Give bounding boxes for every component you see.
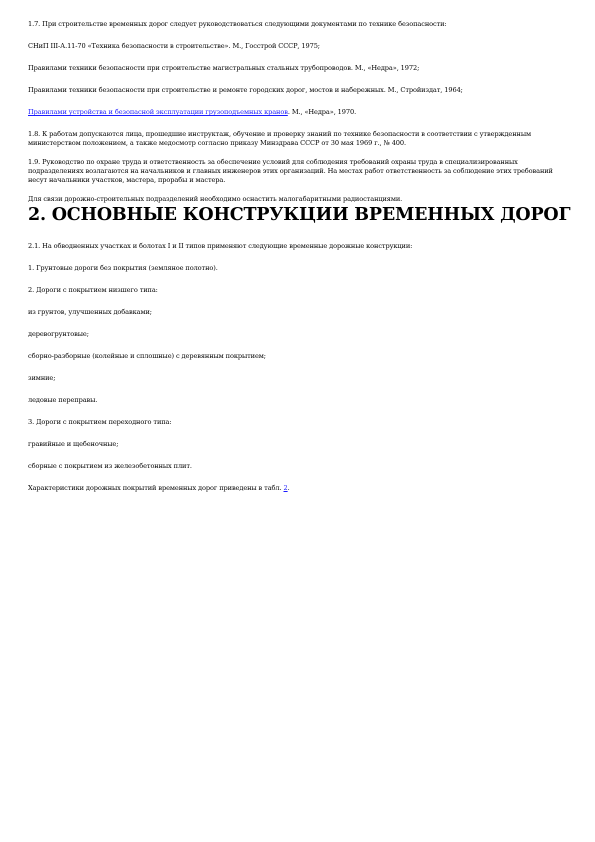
paragraph-1-9: 1.9. Руководство по охране труда и ответ… [28, 158, 573, 185]
list-item: сборно-разборные (колейные и сплошные) с… [28, 352, 573, 361]
list-item: 1. Грунтовые дороги без покрытия (землян… [28, 264, 573, 273]
reference-cranes: Правилами устройства и безопасной эксплу… [28, 108, 573, 117]
paragraph-radio: Для связи дорожно-строительных подраздел… [28, 195, 573, 204]
table-ref-text: Характеристики дорожных покрытий временн… [28, 484, 284, 492]
paragraph-1-7: 1.7. При строительстве временных дорог с… [28, 20, 573, 29]
list-item: зимние; [28, 374, 573, 383]
cranes-rules-link[interactable]: Правилами устройства и безопасной эксплу… [28, 108, 288, 116]
list-item: ледовые переправы. [28, 396, 573, 405]
list-item: 3. Дороги с покрытием переходного типа: [28, 418, 573, 427]
reference-city-roads: Правилами техники безопасности при строи… [28, 86, 573, 95]
list-item: из грунтов, улучшенных добавками; [28, 308, 573, 317]
reference-snip: СНиП III-А.11-70 «Техника безопасности в… [28, 42, 573, 51]
reference-cranes-rest: . М., «Недра», 1970. [288, 108, 356, 116]
list-item: сборные с покрытием из железобетонных пл… [28, 462, 573, 471]
section-2-heading: 2. ОСНОВНЫЕ КОНСТРУКЦИИ ВРЕМЕННЫХ ДОРОГ [28, 204, 570, 226]
list-item: 2. Дороги с покрытием низшего типа: [28, 286, 573, 295]
list-item: гравийные и щебеночные; [28, 440, 573, 449]
paragraph-2-1: 2.1. На обводненных участках и болотах I… [28, 242, 573, 251]
table-ref-end: . [288, 484, 290, 492]
reference-pipelines: Правилами техники безопасности при строи… [28, 64, 573, 73]
paragraph-1-8: 1.8. К работам допускаются лица, прошедш… [28, 130, 573, 148]
list-item: деревогрунтовые; [28, 330, 573, 339]
table-reference-paragraph: Характеристики дорожных покрытий временн… [28, 484, 573, 493]
